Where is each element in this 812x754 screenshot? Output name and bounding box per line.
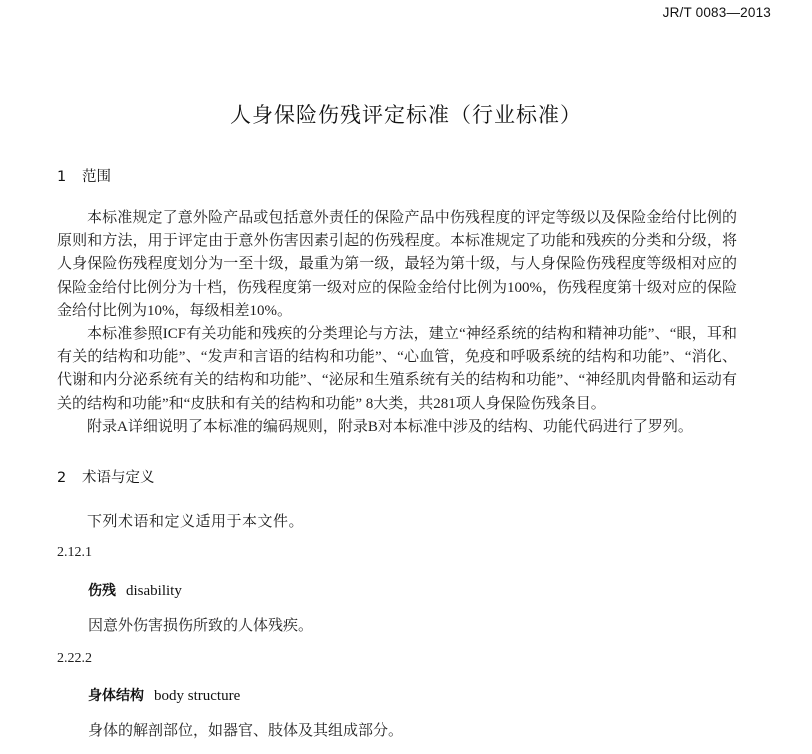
- document-title: 人身保险伤残评定标准（行业标准）: [0, 99, 812, 129]
- document-code: JR/T 0083—2013: [663, 5, 771, 20]
- clause-number: 2.12.1: [57, 545, 92, 561]
- clause-number: 2.22.2: [57, 651, 92, 667]
- term-entry: 伤残disability: [88, 580, 182, 600]
- scope-paragraph-2: 本标准参照ICF有关功能和残疾的分类理论与方法，建立“神经系统的结构和精神功能”…: [57, 323, 737, 416]
- term-entry: 身体结构body structure: [88, 685, 240, 705]
- section-heading-terms: 2术语与定义: [57, 466, 155, 487]
- term-chinese: 伤残: [88, 583, 116, 599]
- terms-intro: 下列术语和定义适用于本文件。: [87, 510, 304, 531]
- section-title: 范围: [82, 169, 111, 185]
- scope-paragraph-1: 本标准规定了意外险产品或包括意外责任的保险产品中伤残程度的评定等级以及保险金给付…: [57, 207, 737, 323]
- term-chinese: 身体结构: [88, 688, 144, 704]
- term-english: disability: [126, 583, 182, 599]
- section-number: 1: [57, 169, 82, 185]
- document-page: JR/T 0083—2013 人身保险伤残评定标准（行业标准） 1范围 本标准规…: [0, 0, 812, 754]
- term-definition: 因意外伤害损伤所致的人体残疾。: [88, 614, 313, 635]
- term-english: body structure: [154, 688, 240, 704]
- section-heading-scope: 1范围: [57, 165, 111, 186]
- section-title: 术语与定义: [82, 470, 155, 486]
- term-definition: 身体的解剖部位，如器官、肢体及其组成部分。: [88, 719, 403, 740]
- scope-body: 本标准规定了意外险产品或包括意外责任的保险产品中伤残程度的评定等级以及保险金给付…: [57, 207, 737, 439]
- section-number: 2: [57, 470, 82, 486]
- scope-paragraph-3: 附录A详细说明了本标准的编码规则，附录B对本标准中涉及的结构、功能代码进行了罗列…: [57, 416, 737, 439]
